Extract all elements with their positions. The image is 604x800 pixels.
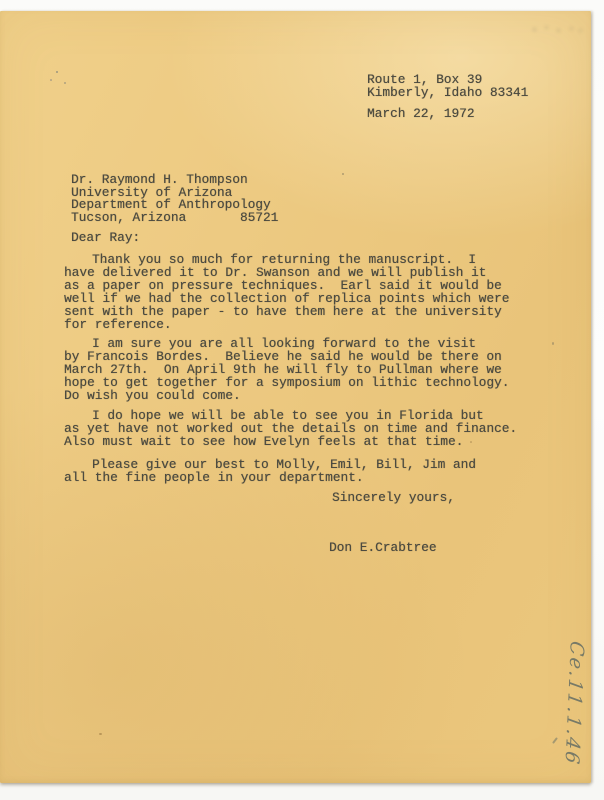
- return-address: Route 1, Box 39 Kimberly, Idaho 83341: [367, 73, 528, 100]
- recipient-address: Dr. Raymond H. Thompson University of Ar…: [71, 174, 278, 225]
- signature-name: Don E.Crabtree: [329, 541, 437, 554]
- paper-speckle: [50, 79, 52, 81]
- paper-speckle: [470, 441, 472, 443]
- body-paragraph-3: I do hope we will be able to see you in …: [64, 409, 517, 448]
- scan-background: Route 1, Box 39 Kimberly, Idaho 83341 Ma…: [0, 0, 604, 800]
- salutation: Dear Ray:: [71, 231, 140, 244]
- paper-speckle: [99, 733, 102, 735]
- paper-speckle: [552, 342, 554, 345]
- closing-phrase: Sincerely yours,: [332, 491, 455, 504]
- body-paragraph-4: Please give our best to Molly, Emil, Bil…: [64, 458, 476, 484]
- handwritten-catalog-number: Ce.11.1.46: [558, 639, 588, 775]
- letter-paper: Route 1, Box 39 Kimberly, Idaho 83341 Ma…: [0, 11, 591, 783]
- paper-speckle: [342, 173, 344, 175]
- body-paragraph-2: I am sure you are all looking forward to…: [64, 337, 509, 402]
- date-line: March 22, 1972: [367, 107, 475, 120]
- paper-speckle: [103, 261, 105, 263]
- body-paragraph-1: Thank you so much for returning the manu…: [64, 253, 509, 332]
- paper-speckle: [64, 82, 66, 84]
- faint-pencil-smudge: [528, 27, 529, 28]
- paper-speckle: [56, 71, 58, 73]
- stray-pencil-mark: [552, 737, 558, 744]
